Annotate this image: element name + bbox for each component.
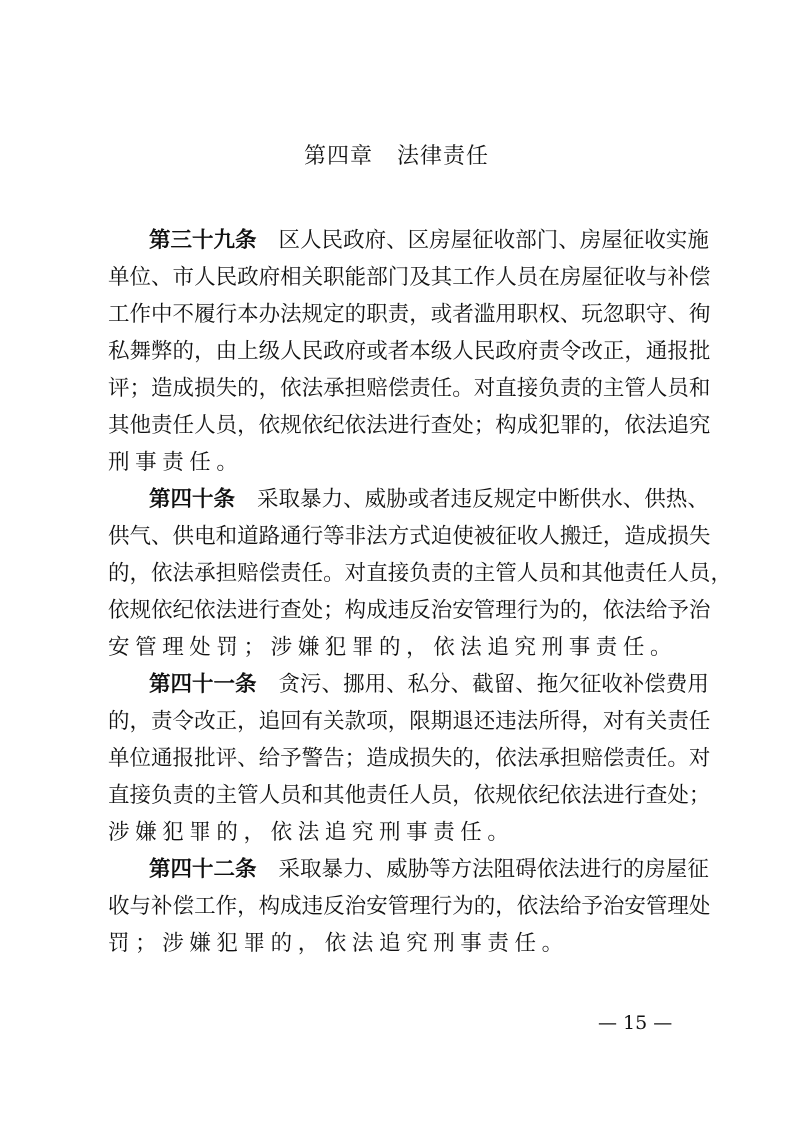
line-text: 贪污、挪用、私分、截留、拖欠征收补偿费用 [279, 666, 709, 703]
line-text: 收与补偿工作，构成违反治安管理行为的，依法给予治安管理处 [108, 888, 710, 925]
text-line: 直接负责的主管人员和其他责任人员，依规依纪依法进行查处； [108, 777, 696, 814]
line-text: 安管理处罚；涉嫌犯罪的，依法追究刑事责任。 [108, 629, 696, 666]
text-line: 评；造成损失的，依法承担赔偿责任。对直接负责的主管人员和 [108, 370, 696, 407]
line-text: 评；造成损失的，依法承担赔偿责任。对直接负责的主管人员和 [108, 370, 710, 407]
text-line: 私舞弊的，由上级人民政府或者本级人民政府责令改正，通报批 [108, 333, 696, 370]
page-number: — 15 — [598, 1012, 672, 1034]
text-line: 罚；涉嫌犯罪的，依法追究刑事责任。 [108, 925, 696, 962]
chapter-number: 第四章 [304, 144, 373, 169]
line-text: 单位通报批评、给予警告；造成损失的，依法承担赔偿责任。对 [108, 740, 710, 777]
text-line: 供气、供电和道路通行等非法方式迫使被征收人搬迁，造成损失 [108, 518, 696, 555]
line-text: 依规依纪依法进行查处；构成违反治安管理行为的，依法给予治 [108, 592, 710, 629]
chapter-title-text: 法律责任 [397, 144, 489, 169]
text-line: 刑事责任。 [108, 444, 696, 481]
document-page: 第四章法律责任 第三十九条区人民政府、区房屋征收部门、房屋征收实施单位、市人民政… [0, 0, 793, 1122]
line-text: 私舞弊的，由上级人民政府或者本级人民政府责令改正，通报批 [108, 333, 710, 370]
article-paragraph: 第四十二条采取暴力、威胁等方法阻碍依法进行的房屋征收与补偿工作，构成违反治安管理… [108, 851, 696, 962]
line-text: 的，责令改正，追回有关款项，限期退还违法所得，对有关责任 [108, 703, 710, 740]
chapter-heading: 第四章法律责任 [0, 142, 793, 172]
text-line: 第四十条采取暴力、威胁或者违反规定中断供水、供热、 [108, 481, 696, 518]
document-body: 第三十九条区人民政府、区房屋征收部门、房屋征收实施单位、市人民政府相关职能部门及… [108, 222, 696, 962]
line-text: 罚；涉嫌犯罪的，依法追究刑事责任。 [108, 925, 696, 962]
line-text: 单位、市人民政府相关职能部门及其工作人员在房屋征收与补偿 [108, 259, 710, 296]
text-line: 第四十二条采取暴力、威胁等方法阻碍依法进行的房屋征 [108, 851, 696, 888]
line-text: 采取暴力、威胁等方法阻碍依法进行的房屋征 [279, 851, 709, 888]
line-text: 刑事责任。 [108, 444, 696, 481]
article-paragraph: 第四十条采取暴力、威胁或者违反规定中断供水、供热、供气、供电和道路通行等非法方式… [108, 481, 696, 666]
text-line: 的，责令改正，追回有关款项，限期退还违法所得，对有关责任 [108, 703, 696, 740]
line-text: 其他责任人员，依规依纪依法进行查处；构成犯罪的，依法追究 [108, 407, 710, 444]
article-number: 第三十九条 [149, 222, 257, 259]
line-text: 涉嫌犯罪的，依法追究刑事责任。 [108, 814, 696, 851]
text-line: 收与补偿工作，构成违反治安管理行为的，依法给予治安管理处 [108, 888, 696, 925]
article-number: 第四十二条 [149, 851, 257, 888]
text-line: 涉嫌犯罪的，依法追究刑事责任。 [108, 814, 696, 851]
text-line: 安管理处罚；涉嫌犯罪的，依法追究刑事责任。 [108, 629, 696, 666]
line-text: 直接负责的主管人员和其他责任人员，依规依纪依法进行查处； [108, 777, 710, 814]
text-line: 工作中不履行本办法规定的职责，或者滥用职权、玩忽职守、徇 [108, 296, 696, 333]
article-paragraph: 第四十一条贪污、挪用、私分、截留、拖欠征收补偿费用的，责令改正，追回有关款项，限… [108, 666, 696, 851]
article-paragraph: 第三十九条区人民政府、区房屋征收部门、房屋征收实施单位、市人民政府相关职能部门及… [108, 222, 696, 481]
line-text: 的，依法承担赔偿责任。对直接负责的主管人员和其他责任人员， [108, 555, 732, 592]
text-line: 依规依纪依法进行查处；构成违反治安管理行为的，依法给予治 [108, 592, 696, 629]
line-text: 工作中不履行本办法规定的职责，或者滥用职权、玩忽职守、徇 [108, 296, 710, 333]
text-line: 其他责任人员，依规依纪依法进行查处；构成犯罪的，依法追究 [108, 407, 696, 444]
line-text: 区人民政府、区房屋征收部门、房屋征收实施 [279, 222, 709, 259]
article-number: 第四十一条 [149, 666, 257, 703]
line-text: 采取暴力、威胁或者违反规定中断供水、供热、 [257, 481, 709, 518]
article-number: 第四十条 [149, 481, 235, 518]
line-text: 供气、供电和道路通行等非法方式迫使被征收人搬迁，造成损失 [108, 518, 710, 555]
text-line: 单位、市人民政府相关职能部门及其工作人员在房屋征收与补偿 [108, 259, 696, 296]
text-line: 第三十九条区人民政府、区房屋征收部门、房屋征收实施 [108, 222, 696, 259]
text-line: 的，依法承担赔偿责任。对直接负责的主管人员和其他责任人员， [108, 555, 696, 592]
text-line: 第四十一条贪污、挪用、私分、截留、拖欠征收补偿费用 [108, 666, 696, 703]
text-line: 单位通报批评、给予警告；造成损失的，依法承担赔偿责任。对 [108, 740, 696, 777]
